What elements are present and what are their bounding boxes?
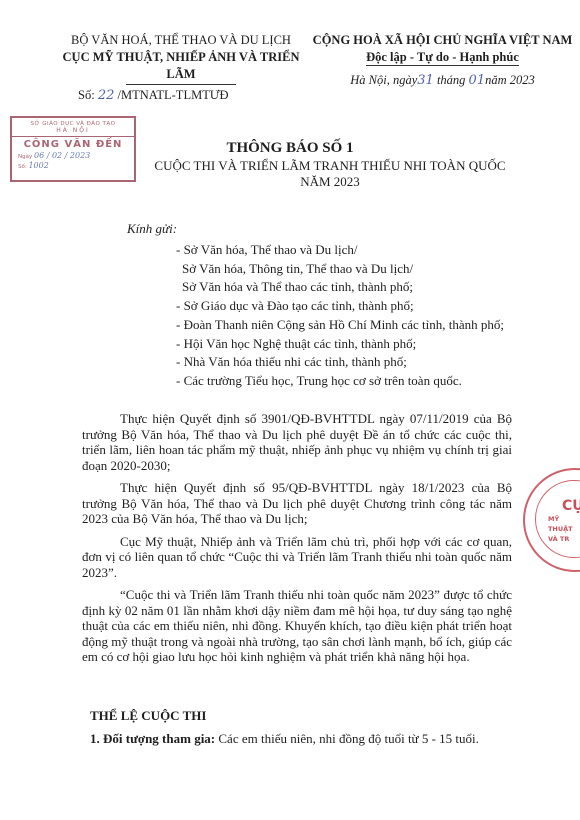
stamp-city: HÀ NỘI	[12, 127, 134, 134]
date-mid: tháng	[434, 73, 469, 87]
seal-line-1: MỸ THUẬT	[548, 514, 580, 534]
subtitle-line-1: CUỘC THI VÀ TRIỂN LÃM TRANH THIẾU NHI TO…	[130, 158, 530, 174]
ministry-name: BỘ VĂN HOÁ, THỂ THAO VÀ DU LỊCH	[50, 32, 312, 49]
seal-center-text: CỤ	[562, 498, 580, 514]
nation-name: CỘNG HOÀ XÃ HỘI CHỦ NGHĨA VIỆT NAM	[305, 32, 580, 49]
rule-item-text: Các em thiếu niên, nhi đồng độ tuổi từ 5…	[215, 731, 479, 746]
rule-item-label: 1. Đối tượng tham gia:	[90, 731, 215, 746]
number-handwritten: 22	[98, 88, 115, 103]
recipient-item: - Đoàn Thanh niên Cộng sản Hồ Chí Minh c…	[176, 316, 504, 335]
recipient-list: - Sở Văn hóa, Thể thao và Du lịch/ Sở Vă…	[176, 241, 504, 391]
number-prefix: Số:	[78, 88, 95, 102]
recipient-item: - Các trường Tiểu học, Trung học cơ sở t…	[176, 372, 504, 391]
greeting: Kính gửi:	[127, 221, 177, 237]
date-month: 01	[469, 73, 486, 88]
national-motto: Độc lập - Tự do - Hạnh phúc	[366, 50, 519, 66]
stamp-number-value: 1002	[28, 161, 48, 170]
recipient-item: Sở Văn hóa, Thông tin, Thể thao và Du lị…	[176, 260, 504, 279]
date-day: 31	[417, 73, 434, 88]
header-underline	[126, 84, 236, 85]
seal-text: CỤ MỸ THUẬT VÀ TR	[548, 495, 580, 544]
date-prefix: Hà Nội, ngày	[350, 73, 417, 87]
stamp-rule	[12, 136, 134, 137]
notice-body: Thực hiện Quyết định số 3901/QĐ-BVHTTDL …	[82, 411, 512, 672]
nation-header: CỘNG HOÀ XÃ HỘI CHỦ NGHĨA VIỆT NAM Độc l…	[305, 32, 580, 89]
stamp-number: Số: 1002	[12, 161, 134, 170]
notice-subtitle: CUỘC THI VÀ TRIỂN LÃM TRANH THIẾU NHI TO…	[130, 158, 530, 190]
number-suffix: /MTNATL-TLMTƯĐ	[117, 88, 228, 102]
date-suffix: năm 2023	[485, 73, 535, 87]
recipient-item: - Sở Giáo dục và Đào tạo các tỉnh, thành…	[176, 297, 504, 316]
recipient-item: - Hội Văn học Nghệ thuật các tỉnh, thành…	[176, 335, 504, 354]
body-paragraph: Thực hiện Quyết định số 95/QĐ-BVHTTDL ng…	[82, 480, 512, 527]
body-paragraph: “Cuộc thi và Triển lãm Tranh thiếu nhi t…	[82, 587, 512, 665]
rule-item-1: 1. Đối tượng tham gia: Các em thiếu niên…	[90, 731, 479, 747]
document-number: Số: 22 /MTNATL-TLMTƯĐ	[50, 87, 312, 104]
recipient-item: - Nhà Văn hóa thiếu nhi các tỉnh, thành …	[176, 353, 504, 372]
body-paragraph: Cục Mỹ thuật, Nhiếp ảnh và Triển lãm chủ…	[82, 534, 512, 581]
recipient-item: - Sở Văn hóa, Thể thao và Du lịch/	[176, 241, 504, 260]
department-name: CỤC MỸ THUẬT, NHIẾP ẢNH VÀ TRIỂN LÃM	[50, 49, 312, 83]
stamp-number-label: Số:	[18, 164, 27, 170]
seal-line-2: VÀ TR	[548, 534, 580, 544]
subtitle-line-2: NĂM 2023	[130, 174, 530, 190]
body-paragraph: Thực hiện Quyết định số 3901/QĐ-BVHTTDL …	[82, 411, 512, 473]
section-heading: THỂ LỆ CUỘC THI	[90, 708, 206, 724]
issuer-header: BỘ VĂN HOÁ, THỂ THAO VÀ DU LỊCH CỤC MỸ T…	[50, 32, 312, 104]
recipient-item: Sở Văn hóa và Thể thao các tỉnh, thành p…	[176, 278, 504, 297]
notice-title: THÔNG BÁO SỐ 1	[0, 140, 580, 157]
document-date: Hà Nội, ngày31 tháng 01năm 2023	[305, 72, 580, 89]
